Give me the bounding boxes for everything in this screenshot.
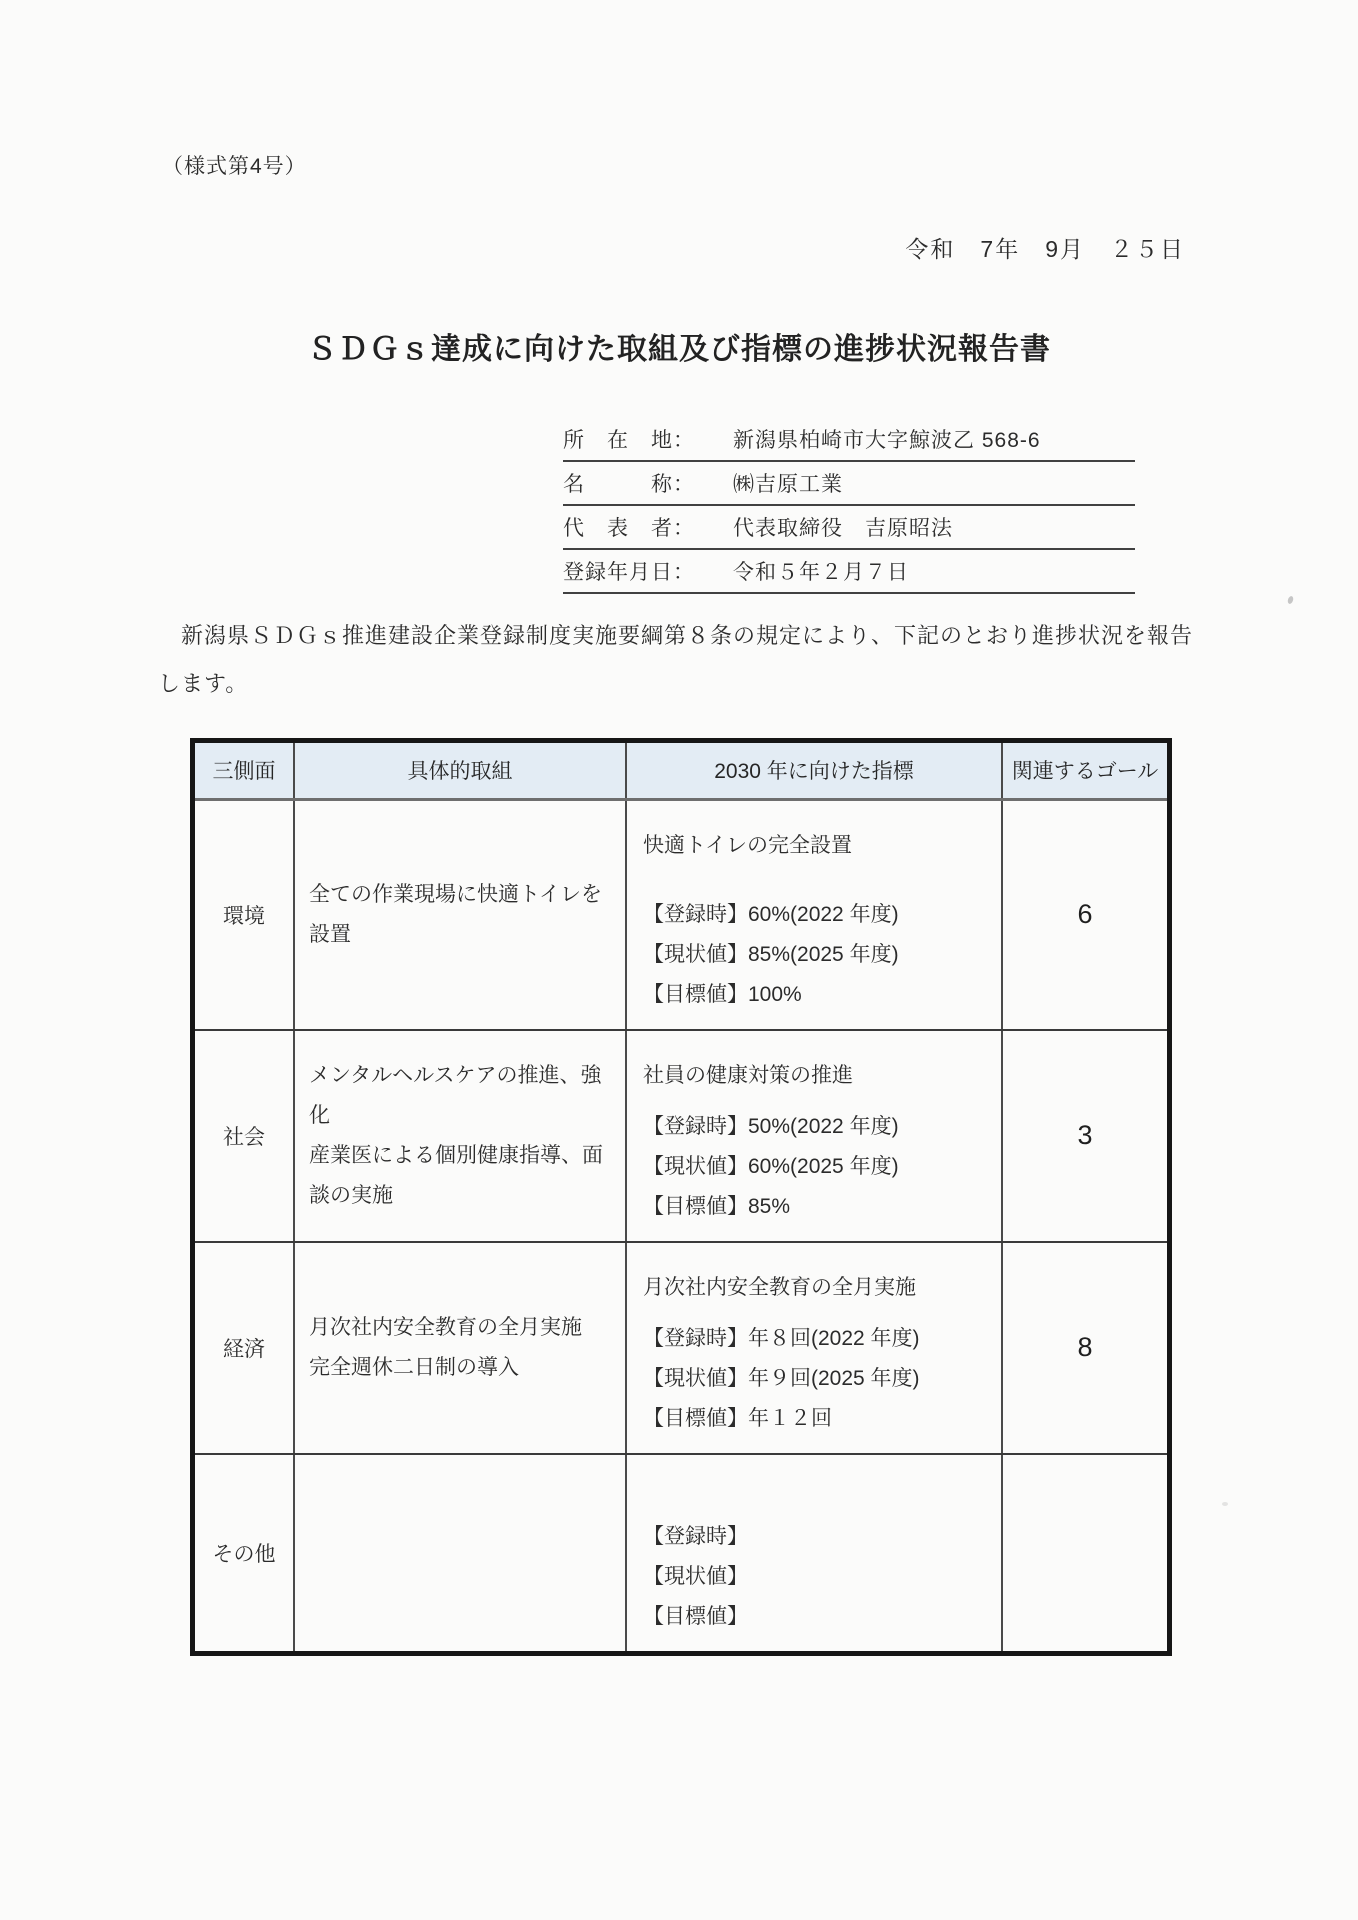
- current-value: 【現状値】60%(2025 年度): [643, 1147, 993, 1187]
- table-row-economy: 経済 月次社内安全教育の全月実施 完全週休二日制の導入 月次社内安全教育の全月実…: [195, 1243, 1167, 1455]
- initiative-line: 産業医による個別健康指導、面談の実施: [309, 1136, 615, 1216]
- initiative-line: 全ての作業現場に快適トイレを設置: [309, 875, 615, 955]
- aspect-environment: 環境: [195, 801, 295, 1029]
- scan-artifact: [1222, 1502, 1228, 1506]
- table-row-other: その他 【登録時】 【現状値】 【目標値】: [195, 1455, 1167, 1651]
- representative-label: 代 表 者：: [563, 512, 733, 542]
- goal-society: 3: [1003, 1031, 1167, 1241]
- address-label: 所 在 地：: [563, 424, 733, 454]
- scanned-document-page: （様式第4号） 令和 7年 9月 ２５日 ＳＤＧｓ達成に向けた取組及び指標の進捗…: [0, 0, 1358, 1920]
- scan-artifact: [1287, 595, 1294, 604]
- registered-value: 【登録時】: [643, 1517, 993, 1557]
- target-value: 【目標値】85%: [643, 1187, 993, 1227]
- current-value: 【現状値】年９回(2025 年度): [643, 1359, 993, 1399]
- goal-environment: 6: [1003, 801, 1167, 1029]
- progress-table-header-row: 三側面 具体的取組 2030 年に向けた指標 関連するゴール: [195, 743, 1167, 801]
- registered-value: 【登録時】年８回(2022 年度): [643, 1319, 993, 1359]
- company-info-table: 所 在 地： 新潟県柏崎市大字鯨波乙 568-6 名 称： ㈱吉原工業 代 表 …: [563, 418, 1135, 594]
- initiative-environment: 全ての作業現場に快適トイレを設置: [295, 801, 627, 1029]
- aspect-economy: 経済: [195, 1243, 295, 1453]
- indicator-values: 【登録時】60%(2022 年度) 【現状値】85%(2025 年度) 【目標値…: [643, 895, 993, 1015]
- current-value: 【現状値】: [643, 1557, 993, 1597]
- registered-value: 【登録時】50%(2022 年度): [643, 1107, 993, 1147]
- indicator-values: 【登録時】 【現状値】 【目標値】: [643, 1517, 993, 1637]
- registration-date-label: 登録年月日：: [563, 556, 733, 586]
- current-value: 【現状値】85%(2025 年度): [643, 935, 993, 975]
- initiative-society: メンタルヘルスケアの推進、強化 産業医による個別健康指導、面談の実施: [295, 1031, 627, 1241]
- indicator-environment: 快適トイレの完全設置 【登録時】60%(2022 年度) 【現状値】85%(20…: [627, 801, 1003, 1029]
- target-value: 【目標値】年１２回: [643, 1399, 993, 1439]
- header-initiative: 具体的取組: [295, 743, 627, 798]
- aspect-society: 社会: [195, 1031, 295, 1241]
- indicator-economy: 月次社内安全教育の全月実施 【登録時】年８回(2022 年度) 【現状値】年９回…: [627, 1243, 1003, 1453]
- progress-table: 三側面 具体的取組 2030 年に向けた指標 関連するゴール 環境 全ての作業現…: [190, 738, 1172, 1656]
- document-date: 令和 7年 9月 ２５日: [905, 231, 1185, 264]
- info-row-registration-date: 登録年月日： 令和５年２月７日: [563, 550, 1135, 594]
- initiative-line: 月次社内安全教育の全月実施: [309, 1308, 615, 1348]
- representative-value: 代表取締役 吉原昭法: [733, 512, 953, 542]
- intro-line-2: します。: [158, 660, 1228, 708]
- company-name-label: 名 称：: [563, 468, 733, 498]
- info-row-name: 名 称： ㈱吉原工業: [563, 462, 1135, 506]
- aspect-other: その他: [195, 1455, 295, 1651]
- table-row-society: 社会 メンタルヘルスケアの推進、強化 産業医による個別健康指導、面談の実施 社員…: [195, 1031, 1167, 1243]
- indicator-values: 【登録時】年８回(2022 年度) 【現状値】年９回(2025 年度) 【目標値…: [643, 1319, 993, 1439]
- initiative-line: メンタルヘルスケアの推進、強化: [309, 1056, 615, 1136]
- target-value: 【目標値】100%: [643, 975, 993, 1015]
- intro-line-1: 新潟県ＳＤＧｓ推進建設企業登録制度実施要綱第８条の規定により、下記のとおり進捗状…: [158, 612, 1228, 660]
- indicator-society: 社員の健康対策の推進 【登録時】50%(2022 年度) 【現状値】60%(20…: [627, 1031, 1003, 1241]
- info-row-representative: 代 表 者： 代表取締役 吉原昭法: [563, 506, 1135, 550]
- indicator-title: 快適トイレの完全設置: [643, 829, 993, 863]
- registration-date-value: 令和５年２月７日: [733, 556, 909, 586]
- indicator-title: 月次社内安全教育の全月実施: [643, 1271, 993, 1305]
- header-aspect: 三側面: [195, 743, 295, 798]
- header-indicator: 2030 年に向けた指標: [627, 743, 1003, 798]
- company-name-value: ㈱吉原工業: [733, 468, 843, 498]
- address-value: 新潟県柏崎市大字鯨波乙 568-6: [733, 424, 1041, 454]
- target-value: 【目標値】: [643, 1597, 993, 1637]
- goal-other: [1003, 1455, 1167, 1651]
- indicator-title: [643, 1483, 993, 1517]
- goal-economy: 8: [1003, 1243, 1167, 1453]
- initiative-other: [295, 1455, 627, 1651]
- document-title: ＳＤＧｓ達成に向けた取組及び指標の進捗状況報告書: [0, 324, 1358, 368]
- indicator-title: 社員の健康対策の推進: [643, 1059, 993, 1093]
- indicator-other: 【登録時】 【現状値】 【目標値】: [627, 1455, 1003, 1651]
- registered-value: 【登録時】60%(2022 年度): [643, 895, 993, 935]
- initiative-line: 完全週休二日制の導入: [309, 1348, 615, 1388]
- form-number-label: （様式第4号）: [162, 150, 307, 180]
- initiative-economy: 月次社内安全教育の全月実施 完全週休二日制の導入: [295, 1243, 627, 1453]
- intro-paragraph: 新潟県ＳＤＧｓ推進建設企業登録制度実施要綱第８条の規定により、下記のとおり進捗状…: [158, 612, 1228, 708]
- indicator-values: 【登録時】50%(2022 年度) 【現状値】60%(2025 年度) 【目標値…: [643, 1107, 993, 1227]
- info-row-address: 所 在 地： 新潟県柏崎市大字鯨波乙 568-6: [563, 418, 1135, 462]
- table-row-environment: 環境 全ての作業現場に快適トイレを設置 快適トイレの完全設置 【登録時】60%(…: [195, 801, 1167, 1031]
- header-related-goal: 関連するゴール: [1003, 743, 1167, 798]
